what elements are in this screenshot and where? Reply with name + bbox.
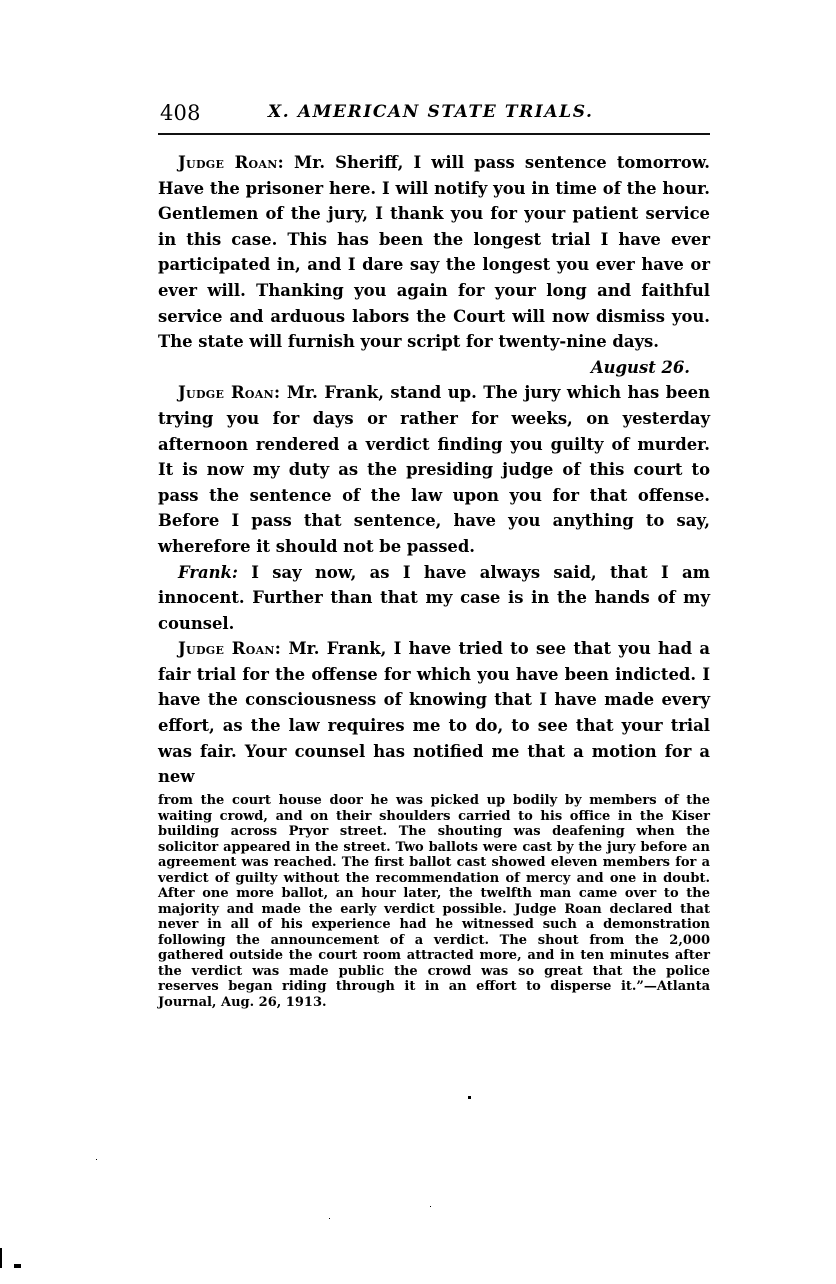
footnote-text: from the court house door he was picked … [158,793,710,1010]
paragraph-judge-roan-1: Judge Roan: Mr. Sheriff, I will pass sen… [158,150,710,355]
running-title: X. AMERICAN STATE TRIALS. [268,102,594,122]
page-number: 408 [160,101,201,125]
paragraph-text: I say now, as I have always said, that I… [158,563,710,633]
paragraph-text: Mr. Frank, I have tried to see that you … [158,639,710,786]
speaker-label: Judge Roan: [178,383,280,402]
scan-speck [430,1206,431,1207]
scan-edge-mark [0,1248,2,1268]
scan-edge-mark [14,1264,21,1268]
speaker-label: Judge Roan: [178,153,284,172]
paragraph-judge-roan-3: Judge Roan: Mr. Frank, I have tried to s… [158,636,710,790]
paragraph-text: Mr. Sheriff, I will pass sentence tomorr… [158,153,710,351]
scan-speck [329,1218,330,1219]
dateline: August 26. [158,355,710,381]
header-rule [158,133,710,135]
running-head: 408 X. AMERICAN STATE TRIALS. [158,96,710,132]
paragraph-text: Mr. Frank, stand up. The jury which has … [158,383,710,556]
book-page: 408 X. AMERICAN STATE TRIALS. Judge Roan… [158,96,710,132]
paragraph-frank: Frank: I say now, as I have always said,… [158,560,710,637]
main-text: Judge Roan: Mr. Sheriff, I will pass sen… [158,150,710,790]
paragraph-judge-roan-2: Judge Roan: Mr. Frank, stand up. The jur… [158,380,710,559]
speaker-label: Frank: [178,563,238,582]
footnote: from the court house door he was picked … [158,793,710,1010]
scan-speck [96,1159,97,1160]
speaker-label: Judge Roan: [178,639,281,658]
scan-speck [468,1096,471,1099]
